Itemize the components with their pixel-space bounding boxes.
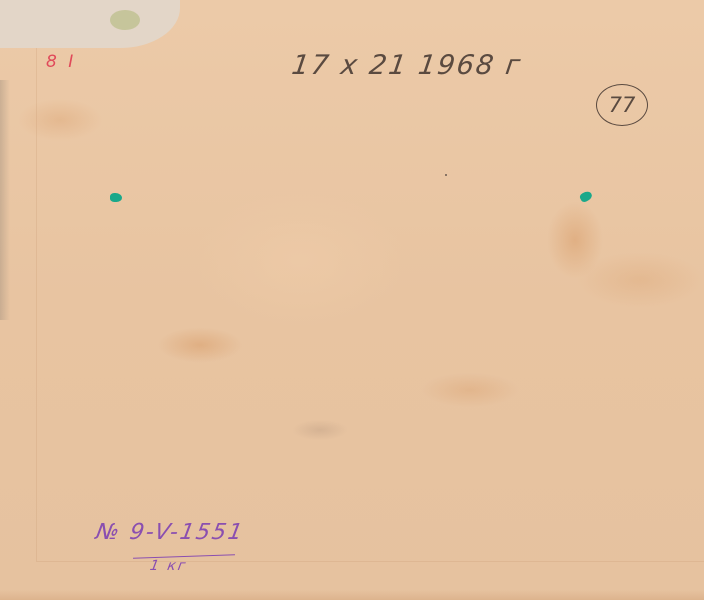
inventory-number: № 9-V-1551 <box>94 520 246 545</box>
circled-number: 77 <box>596 84 648 126</box>
pin-hole <box>445 174 447 176</box>
torn-corner <box>0 0 180 48</box>
paper-bottom-edge <box>0 590 704 600</box>
paper-left-edge <box>0 80 10 320</box>
dimensions-date-note: 17 x 21 1968 г <box>290 50 524 81</box>
green-mark-left <box>110 193 122 202</box>
red-number: 8 I <box>46 52 76 72</box>
inventory-subscript: 1 кг <box>149 558 189 574</box>
circled-number-text: 77 <box>609 93 636 117</box>
